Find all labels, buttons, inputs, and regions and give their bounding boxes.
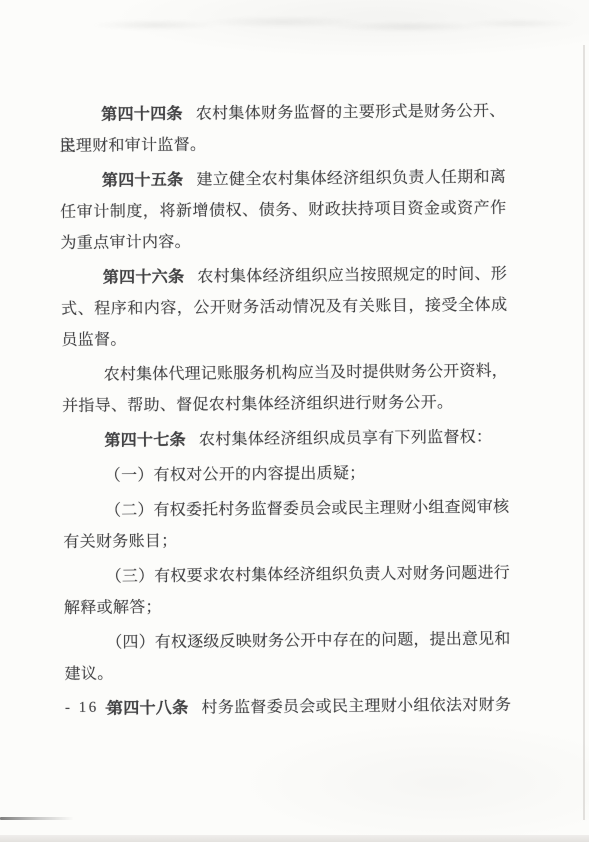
text-line: 农村集体代理记账服务机构应当及时提供财务公开资料， bbox=[62, 356, 508, 391]
line-text: （四）有权逐级反映财务公开中存在的问题，提出意见和 bbox=[106, 631, 510, 652]
line-text: 建议。 bbox=[65, 666, 114, 683]
text-line: 第四十七条农村集体经济组织成员享有下列监督权： bbox=[62, 422, 508, 457]
text-line: 为重点审计内容。 bbox=[60, 224, 506, 259]
text-line: 建议。 bbox=[64, 655, 510, 690]
text-line: 第四十六条农村集体经济组织应当按照规定的时间、形 bbox=[61, 259, 507, 294]
scan-noise-artifact bbox=[15, 10, 575, 40]
line-text: 式、程序和内容，公开财务活动情况及有关账目，接受全体成 bbox=[61, 297, 507, 318]
article-number: 第四十四条 bbox=[101, 106, 183, 124]
line-text: 农村集体经济组织成员享有下列监督权： bbox=[199, 429, 493, 449]
text-line: （一）有权对公开的内容提出质疑； bbox=[63, 457, 509, 492]
text-line: 解释或解答； bbox=[64, 589, 510, 624]
text-line: （四）有权逐级反映财务公开中存在的问题，提出意见和 bbox=[64, 624, 510, 659]
scanned-document-page: 第四十四条农村集体财务监督的主要形式是财务公开、民 主理财和审计监督。 第四十五… bbox=[0, 0, 589, 842]
text-line: 任审计制度，将新增债权、债务、财政扶持项目资金或资产作 bbox=[60, 193, 506, 228]
line-text: 员监督。 bbox=[61, 331, 126, 349]
line-text: （一）有权对公开的内容提出质疑； bbox=[105, 465, 366, 485]
line-text: （三）有权要求农村集体经济组织负责人对财务问题进行 bbox=[106, 565, 510, 586]
text-line: （三）有权要求农村集体经济组织负责人对财务问题进行 bbox=[64, 558, 510, 593]
line-text: 主理财和审计监督。 bbox=[59, 137, 206, 155]
line-text: 村务监督委员会或民主理财小组依法对财务 bbox=[201, 697, 511, 717]
line-text: （二）有权委托村务监督委员会或民主理财小组查阅审核 bbox=[105, 499, 509, 520]
article-number: 第四十五条 bbox=[102, 172, 184, 190]
text-line: 员监督。 bbox=[61, 321, 507, 356]
article-number: 第四十八条 bbox=[107, 700, 189, 718]
text-line: 主理财和审计监督。 bbox=[59, 127, 505, 162]
document-text-block: 第四十四条农村集体财务监督的主要形式是财务公开、民 主理财和审计监督。 第四十五… bbox=[59, 96, 511, 760]
text-line: 第四十八条村务监督委员会或民主理财小组依法对财务 bbox=[65, 690, 511, 725]
line-text: 有关财务账目； bbox=[63, 533, 177, 551]
line-text: 建立健全农村集体经济组织负责人任期和离 bbox=[196, 169, 506, 189]
article-number: 第四十七条 bbox=[104, 432, 186, 450]
scan-right-edge-artifact bbox=[583, 45, 585, 820]
text-line: （二）有权委托村务监督委员会或民主理财小组查阅审核 bbox=[63, 492, 509, 527]
text-line: 式、程序和内容，公开财务活动情况及有关账目，接受全体成 bbox=[61, 290, 507, 325]
text-line: 第四十四条农村集体财务监督的主要形式是财务公开、民 bbox=[59, 96, 505, 131]
article-number: 第四十六条 bbox=[103, 269, 185, 287]
line-text: 并指导、帮助、督促农村集体经济组织进行财务公开。 bbox=[62, 394, 453, 415]
line-text: 任审计制度，将新增债权、债务、财政扶持项目资金或资产作 bbox=[60, 200, 506, 221]
line-text: 农村集体经济组织应当按照规定的时间、形 bbox=[197, 266, 507, 286]
scan-bottom-edge bbox=[0, 835, 589, 842]
page-number: - 16 - bbox=[65, 700, 113, 717]
text-line: 有关财务账目； bbox=[63, 523, 509, 558]
text-line: 并指导、帮助、督促农村集体经济组织进行财务公开。 bbox=[62, 387, 508, 422]
line-text: 农村集体代理记账服务机构应当及时提供财务公开资料， bbox=[104, 363, 508, 384]
text-line: 第四十五条建立健全农村集体经济组织负责人任期和离 bbox=[60, 162, 506, 197]
scan-corner-line-artifact bbox=[0, 817, 74, 820]
line-text: 解释或解答； bbox=[64, 599, 162, 617]
line-text: 为重点审计内容。 bbox=[60, 234, 191, 252]
